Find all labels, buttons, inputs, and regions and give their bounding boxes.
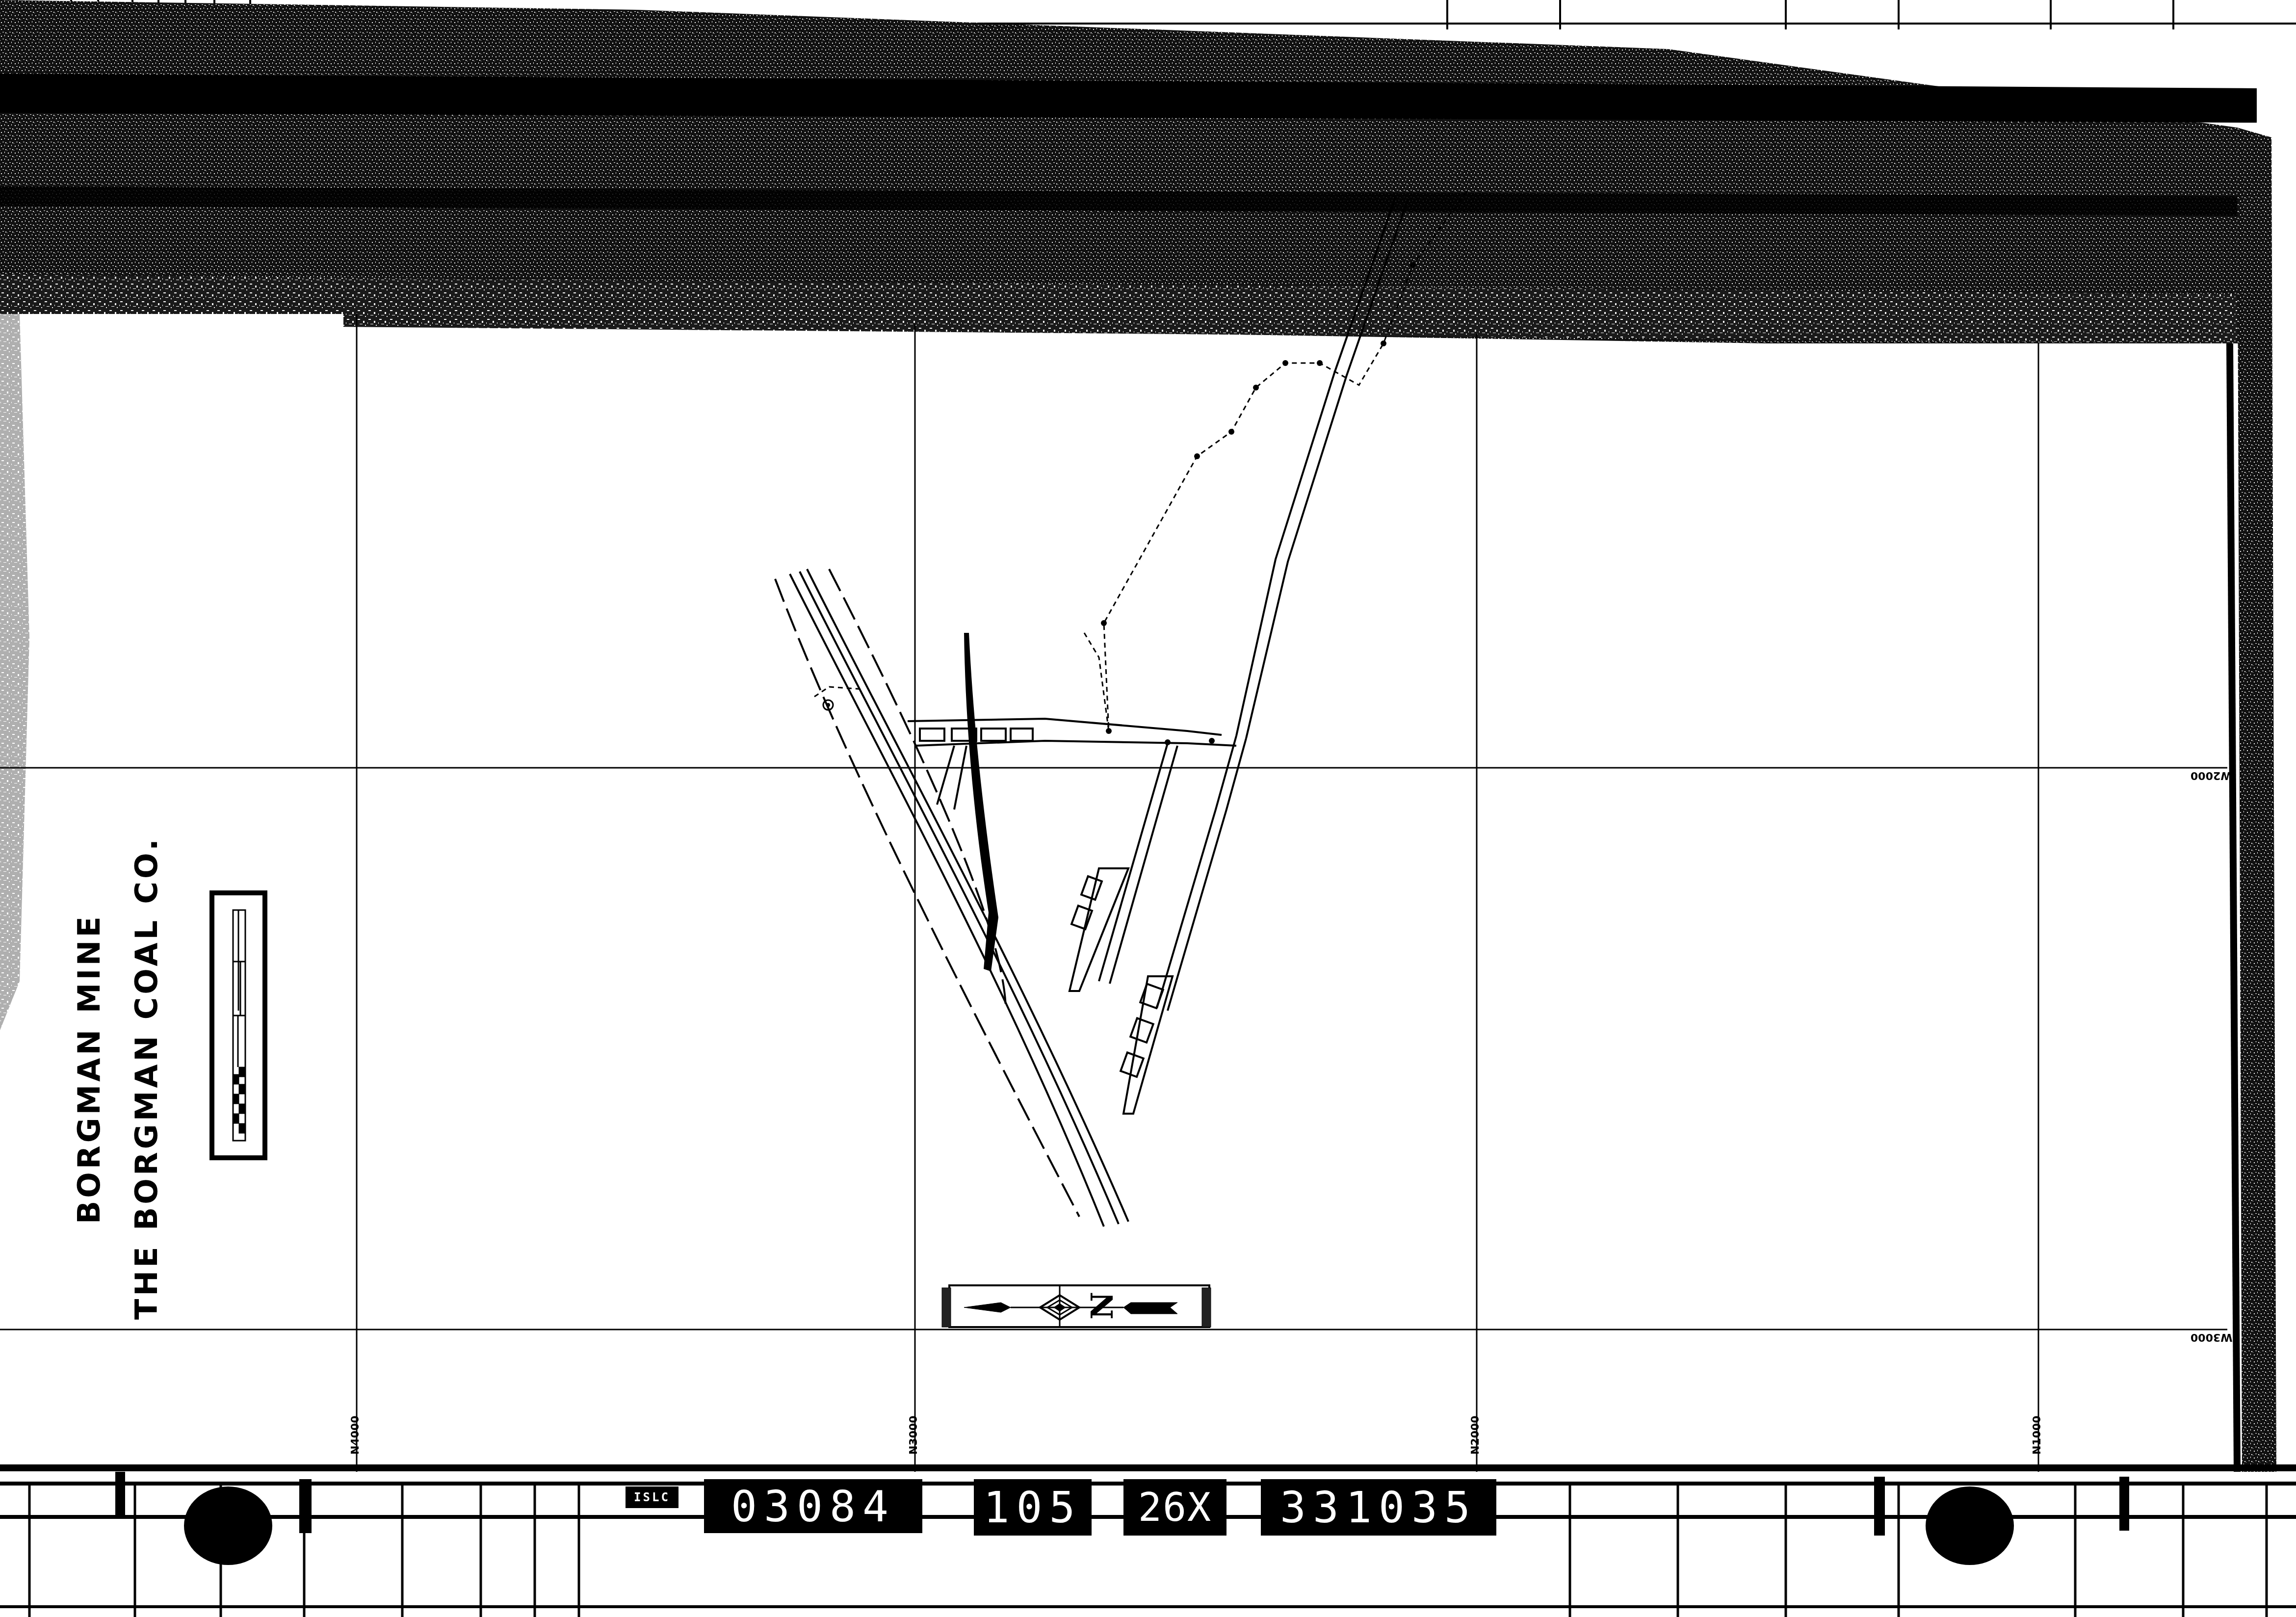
grid-label-w2000: W2000 [2191, 769, 2233, 782]
film-id-group-2: 105 [974, 1479, 1092, 1536]
grid-label-w3000: W3000 [2191, 1331, 2233, 1343]
coal-outcrop [964, 633, 998, 971]
company-name-title: THE BORGMAN COAL CO. [129, 836, 164, 1320]
film-id-group-3: 26X [1123, 1479, 1226, 1536]
mine-map-sheet: BORGMAN MINE THE BORGMAN COAL CO. N4000 … [0, 0, 2296, 1617]
grid-label-n1000: N1000 [2031, 1415, 2043, 1455]
scale-bar [212, 893, 265, 1158]
map-drawing [0, 0, 2296, 1617]
dark-edge-right [2237, 128, 2276, 1472]
north-arrow-label: N [1084, 1292, 1120, 1320]
binding-hole-right [1926, 1487, 2014, 1565]
mine-name-title: BORGMAN MINE [71, 913, 107, 1224]
grid-label-n4000: N4000 [349, 1415, 362, 1455]
grid-label-n2000: N2000 [1469, 1415, 1482, 1455]
film-id-group-1: 03084 [704, 1479, 922, 1533]
north-arrow [942, 1285, 1211, 1327]
film-id-group-4: 331035 [1261, 1479, 1496, 1536]
binding-hole-left [184, 1487, 272, 1565]
grid-label-n3000: N3000 [908, 1415, 920, 1455]
railroad-tracks [775, 569, 1128, 1226]
film-prefix-label: ISLC [626, 1487, 678, 1508]
